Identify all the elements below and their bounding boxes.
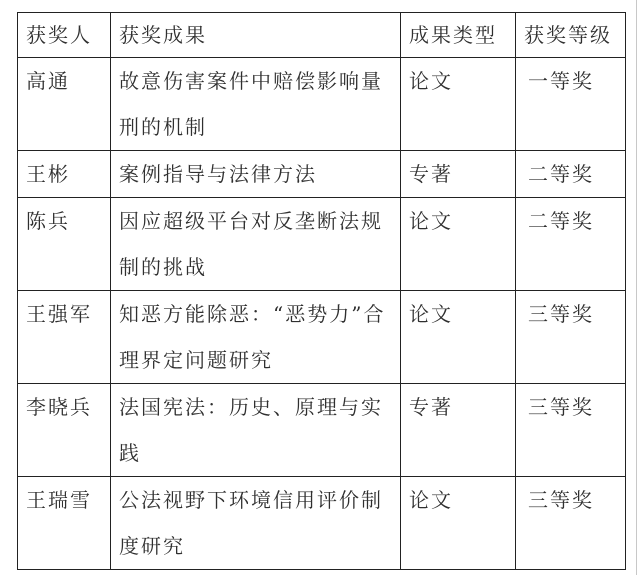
type-cell: 专著 (401, 384, 516, 477)
winner-cell: 高通 (18, 58, 111, 151)
table-header-row: 获奖人 获奖成果 成果类型 获奖等级 (18, 13, 626, 58)
type-cell: 论文 (401, 477, 516, 570)
level-cell: 三等奖 (516, 384, 626, 477)
table-row: 高通 故意伤害案件中赔偿影响量刑的机制 论文 一等奖 (18, 58, 626, 151)
level-cell: 二等奖 (516, 198, 626, 291)
header-level: 获奖等级 (516, 13, 626, 58)
awards-table: 获奖人 获奖成果 成果类型 获奖等级 高通 故意伤害案件中赔偿影响量刑的机制 论… (17, 12, 626, 570)
table-row: 王瑞雪 公法视野下环境信用评价制度研究 论文 三等奖 (18, 477, 626, 570)
level-cell: 三等奖 (516, 291, 626, 384)
page-edge-divider (636, 0, 637, 575)
winner-cell: 陈兵 (18, 198, 111, 291)
level-cell: 三等奖 (516, 477, 626, 570)
type-cell: 专著 (401, 151, 516, 198)
header-achievement: 获奖成果 (111, 13, 401, 58)
winner-cell: 王强军 (18, 291, 111, 384)
header-type: 成果类型 (401, 13, 516, 58)
type-cell: 论文 (401, 198, 516, 291)
header-winner: 获奖人 (18, 13, 111, 58)
table-row: 李晓兵 法国宪法：历史、原理与实践 专著 三等奖 (18, 384, 626, 477)
achievement-cell: 公法视野下环境信用评价制度研究 (111, 477, 401, 570)
achievement-cell: 故意伤害案件中赔偿影响量刑的机制 (111, 58, 401, 151)
table-row: 王彬 案例指导与法律方法 专著 二等奖 (18, 151, 626, 198)
achievement-cell: 知恶方能除恶：“恶势力”合理界定问题研究 (111, 291, 401, 384)
level-cell: 二等奖 (516, 151, 626, 198)
table-row: 王强军 知恶方能除恶：“恶势力”合理界定问题研究 论文 三等奖 (18, 291, 626, 384)
achievement-cell: 法国宪法：历史、原理与实践 (111, 384, 401, 477)
table-row: 陈兵 因应超级平台对反垄断法规制的挑战 论文 二等奖 (18, 198, 626, 291)
type-cell: 论文 (401, 291, 516, 384)
winner-cell: 王瑞雪 (18, 477, 111, 570)
winner-cell: 李晓兵 (18, 384, 111, 477)
type-cell: 论文 (401, 58, 516, 151)
winner-cell: 王彬 (18, 151, 111, 198)
level-cell: 一等奖 (516, 58, 626, 151)
achievement-cell: 案例指导与法律方法 (111, 151, 401, 198)
achievement-cell: 因应超级平台对反垄断法规制的挑战 (111, 198, 401, 291)
